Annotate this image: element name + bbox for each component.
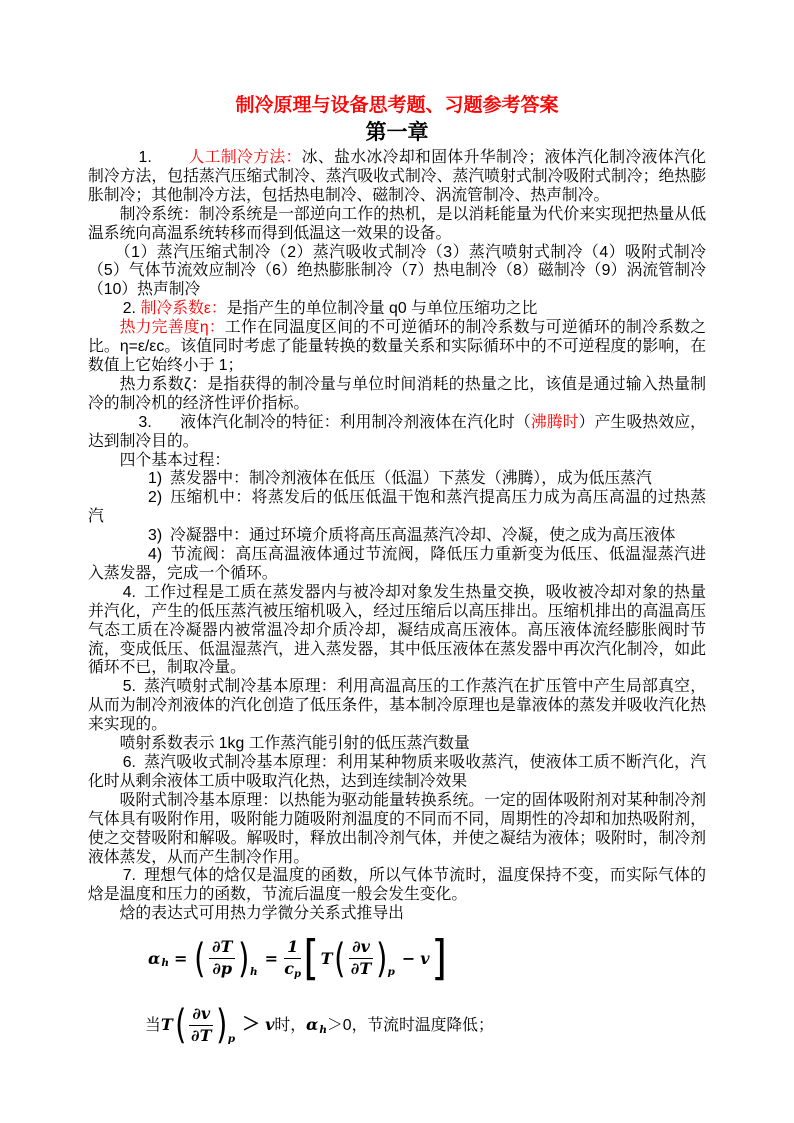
document-page: 制冷原理与设备思考题、习题参考答案 第一章 1.人工制冷方法：冰、盐水冰冷却和固… <box>0 0 794 1123</box>
item-number: 4. <box>123 584 136 601</box>
right-paren: ) <box>376 941 387 977</box>
item-number: 6. <box>123 754 136 771</box>
list-item-compressor: 2)压缩机中：将蒸发后的低压低温干饱和蒸汽提高压力成为高压高温的过热蒸汽 <box>88 489 706 527</box>
paragraph-text: （1）蒸汽压缩式制冷（2）蒸汽吸收式制冷（3）蒸汽喷射式制冷（4）吸附式制冷（5… <box>88 244 706 299</box>
numerator-one: 1 <box>284 938 301 959</box>
subscript-p: p <box>228 1034 235 1046</box>
item-number: 7. <box>123 867 136 884</box>
paragraph-text: 焓的表达式可用热力学微分关系式推导出 <box>120 905 404 922</box>
paragraph-enthalpy-expression-lead: 焓的表达式可用热力学微分关系式推导出 <box>88 905 706 924</box>
list-number: 4) <box>148 546 162 563</box>
subscript-h: h <box>319 1025 327 1037</box>
term-boiling-red: 沸腾时 <box>531 414 579 431</box>
item-number: 1. <box>139 149 152 166</box>
subscript-p: p <box>388 967 395 979</box>
paragraph-four-processes-heading: 四个基本过程： <box>88 452 706 471</box>
greater-than-zero-text: ＞0， <box>327 1017 367 1034</box>
paragraph-text: 工作过程是工质在蒸发器内与被冷却对象发生热量交换，吸收被冷却对象的热量并汽化，产… <box>88 584 706 677</box>
right-paren: ) <box>216 1007 227 1043</box>
partial-T: ∂T <box>191 1026 211 1046</box>
equals-sign: = <box>174 950 187 968</box>
minus-sign: − <box>402 950 415 968</box>
paragraph-refrigeration-system: 制冷系统：制冷系统是一部逆向工作的热机，是以消耗能量为代价来实现把热量从低温系统… <box>88 206 706 244</box>
paragraph-method-enumeration: （1）蒸汽压缩式制冷（2）蒸汽吸收式制冷（3）蒸汽喷射式制冷（4）吸附式制冷（5… <box>88 244 706 301</box>
item-number: 2. <box>123 300 136 317</box>
list-item-condenser: 3)冷凝器中：通过环境介质将高压高温蒸汽冷却、冷凝，使之成为高压液体 <box>88 527 706 546</box>
paragraph-text: 冰、盐水冰冷却和固体升华制冷；液体汽化制冷液体汽化制冷方法，包括蒸汽压缩式制冷、… <box>88 149 706 204</box>
when-text: 当 <box>145 1017 161 1034</box>
paragraph-text: 热力系数ζ：是指获得的制冷量与单位时间消耗的热量之比，该值是通过输入热量制冷的制… <box>88 376 706 412</box>
list-text: 压缩机中：将蒸发后的低压低温干饱和蒸汽提高压力成为高压高温的过热蒸汽 <box>88 489 706 525</box>
alpha-symbol: α <box>306 1016 318 1034</box>
v-symbol: v <box>420 950 429 968</box>
fraction-dT-dp: ∂T∂p <box>209 938 235 979</box>
left-paren: ( <box>335 941 346 977</box>
left-paren: ( <box>175 1007 186 1043</box>
list-item-throttle-valve: 4)节流阀：高压高温液体通过节流阀，降低压力重新变为低压、低温湿蒸汽进入蒸发器，… <box>88 546 706 584</box>
item-number: 5. <box>123 678 136 695</box>
greater-than-sign: ＞ <box>242 1015 260 1035</box>
list-text: 蒸发器中：制冷剂液体在低压（低温）下蒸发（沸腾），成为低压蒸汽 <box>170 470 652 487</box>
list-number: 2) <box>148 489 162 506</box>
paragraph-cop-definition: 2.制冷系数ε：是指产生的单位制冷量 q0 与单位压缩功之比 <box>88 300 706 319</box>
subscript-p: p <box>294 969 301 980</box>
paragraph-thermal-coefficient: 热力系数ζ：是指获得的制冷量与单位时间消耗的热量之比，该值是通过输入热量制冷的制… <box>88 376 706 414</box>
document-title: 制冷原理与设备思考题、习题参考答案 <box>88 93 706 119</box>
shi-text: 时， <box>274 1017 306 1034</box>
paragraph-ideal-gas-enthalpy: 7.理想气体的焓仅是温度的函数，所以气体节流时，温度保持不变，而实际气体的焓是温… <box>88 867 706 905</box>
partial-T: ∂T <box>351 959 371 979</box>
right-bracket: ] <box>431 939 447 979</box>
list-text: 冷凝器中：通过环境介质将高压高温蒸汽冷却、冷凝，使之成为高压液体 <box>170 527 676 544</box>
throttling-condition-formula: 当 T ( ∂v∂T )p ＞ v时， αh ＞0， 节流时温度降低； <box>145 1005 706 1046</box>
T-symbol: T <box>321 950 333 968</box>
paragraph-text: 四个基本过程： <box>120 452 231 469</box>
joule-thomson-formula: αh = ( ∂T∂p )h = 1cp [ T ( ∂v∂T )p − v ] <box>148 938 706 979</box>
paragraph-adsorption-refrigeration: 吸附式制冷基本原理：以热能为驱动能量转换系统。一定的固体吸附剂对某种制冷剂气体具… <box>88 792 706 868</box>
paragraph-text: 喷射系数表示 1kg 工作蒸汽能引射的低压蒸汽数量 <box>120 735 470 752</box>
list-number: 3) <box>148 527 162 544</box>
paragraph-ejector-refrigeration: 5.蒸汽喷射式制冷基本原理：利用高温高压的工作蒸汽在扩压管中产生局部真空，从而为… <box>88 678 706 735</box>
partial-v: ∂v <box>349 938 373 959</box>
paragraph-artificial-refrigeration: 1.人工制冷方法：冰、盐水冰冷却和固体升华制冷；液体汽化制冷液体汽化制冷方法，包… <box>88 149 706 206</box>
left-paren: ( <box>195 941 206 977</box>
chapter-heading: 第一章 <box>88 119 706 146</box>
paragraph-text: 蒸汽吸收式制冷基本原理：利用某种物质来吸收蒸汽，使液体工质不断汽化，汽化时从剩余… <box>88 754 706 790</box>
term-label-red: 制冷系数ε： <box>141 300 227 317</box>
paragraph-text: 是指产生的单位制冷量 q0 与单位压缩功之比 <box>227 300 538 317</box>
paragraph-text: 理想气体的焓仅是温度的函数，所以气体节流时，温度保持不变，而实际气体的焓是温度和… <box>88 867 706 903</box>
c-symbol: c <box>284 959 294 978</box>
fraction-dv-dT: ∂v∂T <box>349 938 373 979</box>
list-item-evaporator: 1)蒸发器中：制冷剂液体在低压（低温）下蒸发（沸腾），成为低压蒸汽 <box>88 470 706 489</box>
paragraph-text: 液体汽化制冷的特征：利用制冷剂液体在汽化时（ <box>180 414 531 431</box>
partial-v: ∂v <box>189 1005 213 1026</box>
formula-row: 当 T ( ∂v∂T )p ＞ v时， αh ＞0， 节流时温度降低； <box>145 1005 494 1046</box>
left-bracket: [ <box>304 939 320 979</box>
paragraph-liquid-vaporization: 3.液体汽化制冷的特征：利用制冷剂液体在汽化时（沸腾时）产生吸热效应，达到制冷目… <box>88 414 706 452</box>
list-number: 1) <box>148 470 162 487</box>
item-number: 3. <box>139 414 152 431</box>
paragraph-text: 蒸汽喷射式制冷基本原理：利用高温高压的工作蒸汽在扩压管中产生局部真空，从而为制冷… <box>88 678 706 733</box>
paragraph-thermodynamic-perfection: 热力完善度η：工作在同温度区间的不可逆循环的制冷系数与可逆循环的制冷系数之比。η… <box>88 319 706 376</box>
paragraph-ejection-coefficient: 喷射系数表示 1kg 工作蒸汽能引射的低压蒸汽数量 <box>88 735 706 754</box>
alpha-symbol: α <box>148 950 160 968</box>
right-paren: ) <box>239 941 250 977</box>
subscript-h: h <box>161 958 169 970</box>
equals-sign: = <box>265 950 278 968</box>
T-symbol: T <box>161 1016 173 1034</box>
partial-T: ∂T <box>209 938 235 959</box>
paragraph-working-process: 4.工作过程是工质在蒸发器内与被冷却对象发生热量交换，吸收被冷却对象的热量并汽化… <box>88 584 706 679</box>
fraction-one-over-cp: 1cp <box>284 938 301 979</box>
paragraph-absorption-refrigeration: 6.蒸汽吸收式制冷基本原理：利用某种物质来吸收蒸汽，使液体工质不断汽化，汽化时从… <box>88 754 706 792</box>
fraction-dv-dT: ∂v∂T <box>189 1005 213 1046</box>
formula-row: αh = ( ∂T∂p )h = 1cp [ T ( ∂v∂T )p − v ] <box>148 938 448 979</box>
list-text: 节流阀：高压高温液体通过节流阀，降低压力重新变为低压、低温湿蒸汽进入蒸发器，完成… <box>88 546 706 582</box>
subscript-h: h <box>250 967 258 979</box>
conclusion-text: 节流时温度降低； <box>367 1017 493 1034</box>
denominator-cp: cp <box>284 959 301 979</box>
paragraph-text: 吸附式制冷基本原理：以热能为驱动能量转换系统。一定的固体吸附剂对某种制冷剂气体具… <box>88 792 706 866</box>
v-symbol: v <box>265 1016 274 1034</box>
term-label-red: 人工制冷方法： <box>188 149 302 166</box>
paragraph-text: 制冷系统：制冷系统是一部逆向工作的热机，是以消耗能量为代价来实现把热量从低温系统… <box>88 206 706 242</box>
term-label-red: 热力完善度η： <box>120 319 225 336</box>
partial-p: ∂p <box>212 959 232 979</box>
